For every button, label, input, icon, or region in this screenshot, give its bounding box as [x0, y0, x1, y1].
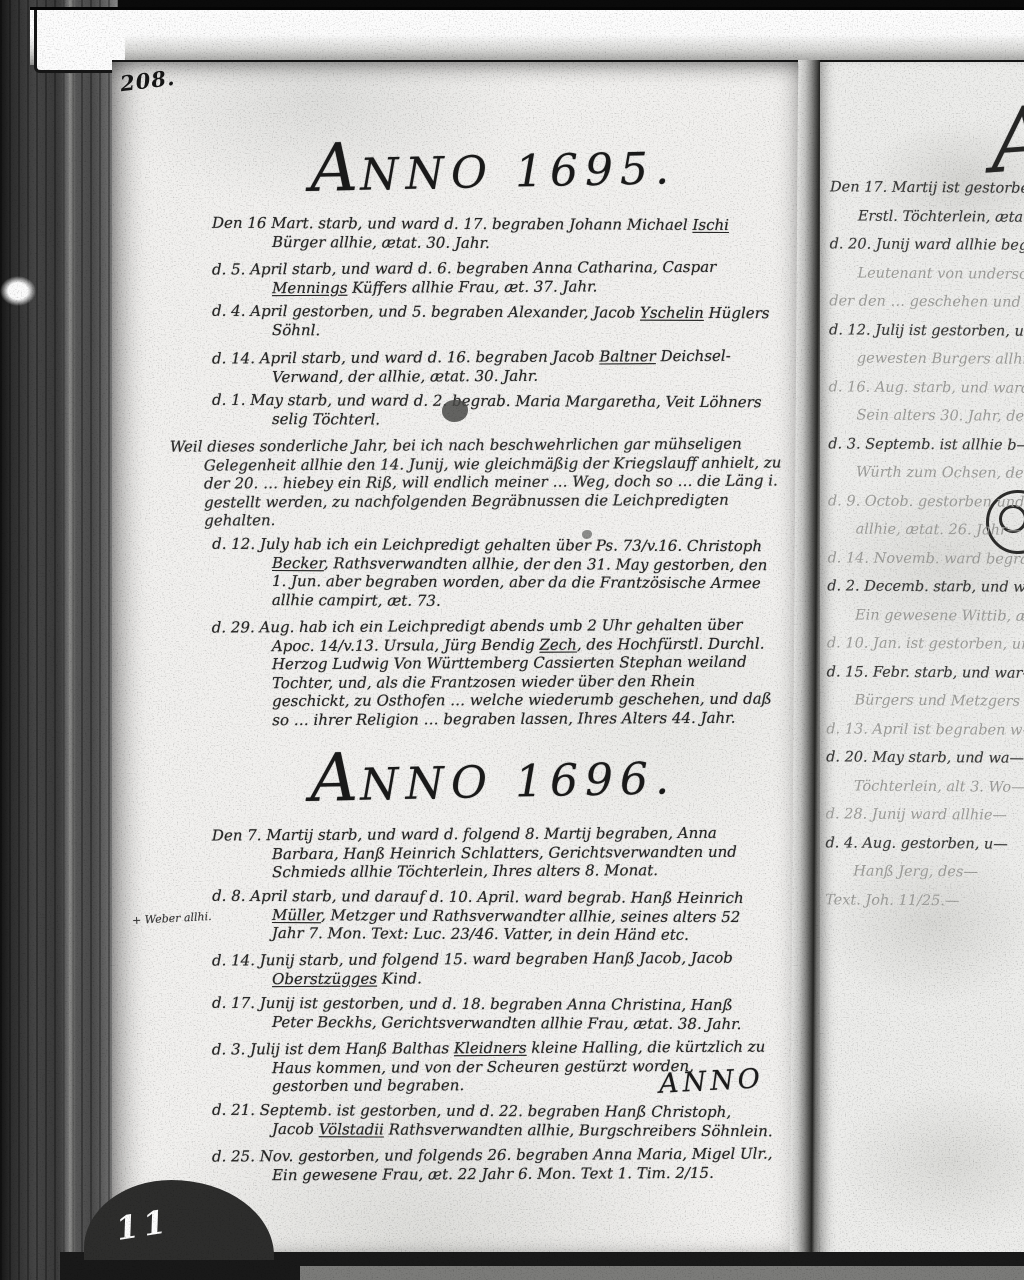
right-page-line: d. 4. Aug. gestorben, u— — [825, 835, 1021, 852]
marginal-note: + Weber allhi. — [132, 910, 212, 927]
right-page-line: d. 14. Novemb. ward begra— — [827, 550, 1023, 567]
register-entry: d. 1. May starb, und ward d. 2. begrab. … — [212, 391, 774, 431]
register-entry: Den 7. Martij starb, und ward d. folgend… — [212, 823, 774, 882]
right-page-line: d. 9. Octob. gestorben und— — [828, 493, 1024, 510]
register-entry: d. 29. Aug. hab ich ein Leichpredigt abe… — [212, 616, 775, 731]
right-page-line: Den 17. Martij ist gestorben, und w— — [830, 179, 1024, 196]
right-page-text: Den 17. Martij ist gestorben, und w—Erst… — [820, 61, 1024, 909]
right-page-line: der den … geschehen und b— — [829, 293, 1024, 310]
right-page-line: d. 10. Jan. ist gestorben, un— — [827, 635, 1023, 652]
register-entry: d. 17. Junij ist gestorben, und d. 18. b… — [212, 993, 774, 1033]
right-page-line: d. 16. Aug. starb, und ward beg— — [829, 379, 1024, 396]
register-entry: d. 14. April starb, und ward d. 16. begr… — [212, 346, 774, 386]
anno-heading: ANNO 1695. — [211, 120, 774, 209]
right-page-line: d. 2. Decemb. starb, und w— — [827, 578, 1023, 595]
right-page-line: Sein alters 30. Jahr, der— — [828, 407, 1024, 424]
register-entry: Weil dieses sonderliche Jahr, bei ich na… — [190, 434, 794, 530]
scanned-register-photo: 208. ANNO 1695.Den 16 Mart. starb, und w… — [0, 0, 1024, 1280]
top-page-edge — [30, 7, 1024, 65]
right-page-line: d. 12. Julij ist gestorben, und d— — [829, 322, 1024, 339]
left-page: 208. ANNO 1695.Den 16 Mart. starb, und w… — [112, 60, 798, 1258]
right-page-line: d. 20. May starb, und wa— — [826, 749, 1022, 766]
folio-mark: 11 — [113, 1202, 173, 1248]
right-page-line: Hanß Jerg, des— — [825, 863, 1021, 880]
right-page-line: d. 15. Febr. starb, und war— — [827, 664, 1023, 681]
register-entry: Den 16 Mart. starb, und ward d. 17. begr… — [212, 214, 774, 254]
spine-paper-fleck — [0, 276, 36, 306]
register-entry: d. 4. April gestorben, und 5. begraben A… — [212, 302, 774, 342]
catchword: ANNO — [658, 1063, 764, 1099]
right-page-line: Töchterlein, alt 3. Wo— — [826, 778, 1022, 795]
register-entry: d. 21. Septemb. ist gestorben, und d. 22… — [212, 1100, 774, 1140]
register-content: ANNO 1695.Den 16 Mart. starb, und ward d… — [212, 120, 774, 1190]
bottom-page-edge-highlight — [300, 1266, 1024, 1280]
right-page-line: gewesten Burgers allhie T— — [829, 350, 1024, 367]
anno-heading: ANNO 1696. — [211, 730, 774, 819]
right-page-line: Leutenant von underschiedl— — [829, 265, 1024, 282]
register-entry: d. 5. April starb, und ward d. 6. begrab… — [212, 258, 774, 298]
book-spine-shadow — [0, 0, 118, 1280]
right-page-line: d. 13. April ist begraben w— — [826, 721, 1022, 738]
right-page-line: d. 20. Junij ward allhie begrab— — [830, 236, 1024, 253]
right-page-line: Erstl. Töchterlein, ætatis— — [830, 208, 1024, 225]
right-page-line: allhie, ætat. 26. Jahr— — [828, 521, 1024, 538]
register-entry: d. 8. April starb, und darauf d. 10. Apr… — [212, 886, 774, 944]
register-entry: d. 14. Junij starb, und folgend 15. ward… — [212, 949, 774, 989]
right-page-line: d. 3. Septemb. ist allhie b— — [828, 436, 1024, 453]
right-page: A Den 17. Martij ist gestorben, und w—Er… — [820, 60, 1024, 1258]
register-entry: d. 25. Nov. gestorben, und folgends 26. … — [212, 1144, 774, 1184]
page-number: 208. — [119, 65, 177, 97]
register-entry: d. 12. July hab ich ein Leichpredigt geh… — [212, 535, 774, 612]
right-page-line: Bürgers und Metzgers a— — [826, 692, 1022, 709]
right-page-line: Ein gewesene Wittib, æ— — [827, 607, 1023, 624]
right-page-line: Würth zum Ochsen, der— — [828, 464, 1024, 481]
right-page-line: d. 28. Junij ward allhie— — [826, 806, 1022, 823]
right-page-line: Text. Joh. 11/25.— — [825, 892, 1021, 909]
